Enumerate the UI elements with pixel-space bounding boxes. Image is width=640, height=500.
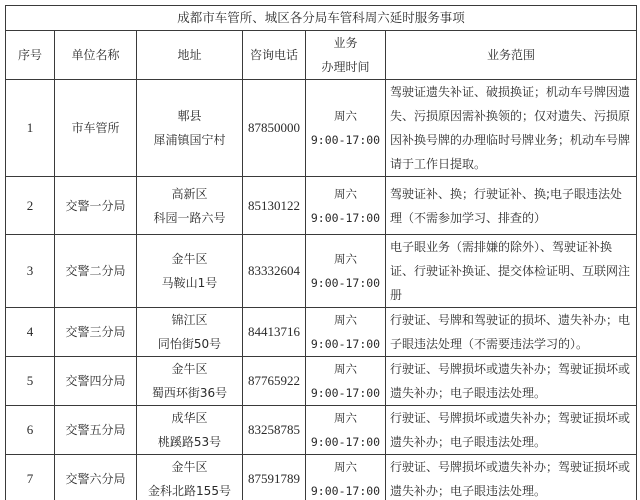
header-hours-line1: 业务 — [306, 31, 385, 55]
header-hours: 业务 办理时间 — [306, 31, 386, 80]
row-address: 金牛区马鞍山1号 — [137, 235, 243, 308]
header-index: 序号 — [6, 31, 55, 80]
row-phone: 85130122 — [243, 177, 306, 235]
row-scope: 行驶证、号牌损坏或遗失补办；驾驶证损坏或遗失补办；电子眼违法处理。 — [386, 357, 637, 406]
hours-day: 周六 — [306, 455, 385, 479]
hours-time: 9:00-17:00 — [306, 430, 385, 454]
row-hours: 周六9:00-17:00 — [306, 406, 386, 455]
hours-day: 周六 — [306, 308, 385, 332]
table-title: 成都市车管所、城区各分局车管科周六延时服务事项 — [6, 6, 637, 31]
row-scope: 驾驶证遗失补证、破损换证；机动车号牌因遗失、污损原因需补换领的；仅对遗失、污损原… — [386, 80, 637, 177]
row-address: 锦江区同怡街50号 — [137, 308, 243, 357]
address-line1: 成华区 — [137, 406, 242, 430]
row-unit: 交警六分局 — [55, 455, 137, 500]
row-scope: 电子眼业务（需排嫌的除外）、驾驶证补换证、行驶证补换证、提交体检证明、互联网注册 — [386, 235, 637, 308]
hours-day: 周六 — [306, 247, 385, 271]
address-line2: 犀浦镇国宁村 — [137, 128, 242, 152]
row-index: 4 — [6, 308, 55, 357]
title-row: 成都市车管所、城区各分局车管科周六延时服务事项 — [6, 6, 637, 31]
header-hours-line2: 办理时间 — [306, 55, 385, 79]
table-row: 7 交警六分局 金牛区金科北路155号 87591789 周六9:00-17:0… — [6, 455, 637, 500]
row-scope: 行驶证、号牌损坏或遗失补办；驾驶证损坏或遗失补办；电子眼违法处理。 — [386, 455, 637, 500]
hours-time: 9:00-17:00 — [306, 128, 385, 152]
service-table: 成都市车管所、城区各分局车管科周六延时服务事项 序号 单位名称 地址 咨询电话 … — [5, 5, 637, 500]
row-unit: 交警一分局 — [55, 177, 137, 235]
header-address: 地址 — [137, 31, 243, 80]
row-unit: 交警四分局 — [55, 357, 137, 406]
row-hours: 周六9:00-17:00 — [306, 235, 386, 308]
row-scope: 行驶证、号牌损坏或遗失补办；驾驶证损坏或遗失补办；电子眼违法处理。 — [386, 406, 637, 455]
row-hours: 周六9:00-17:00 — [306, 308, 386, 357]
address-line2: 科园一路六号 — [137, 206, 242, 230]
row-hours: 周六9:00-17:00 — [306, 455, 386, 500]
address-line1: 金牛区 — [137, 455, 242, 479]
row-address: 高新区科园一路六号 — [137, 177, 243, 235]
row-index: 2 — [6, 177, 55, 235]
hours-time: 9:00-17:00 — [306, 332, 385, 356]
address-line2: 马鞍山1号 — [137, 271, 242, 295]
row-scope: 行驶证、号牌和驾驶证的损坏、遗失补办；电子眼违法处理（不需要违法学习的）。 — [386, 308, 637, 357]
row-index: 5 — [6, 357, 55, 406]
row-unit: 交警五分局 — [55, 406, 137, 455]
hours-time: 9:00-17:00 — [306, 479, 385, 500]
table-row: 3 交警二分局 金牛区马鞍山1号 83332604 周六9:00-17:00 电… — [6, 235, 637, 308]
header-row: 序号 单位名称 地址 咨询电话 业务 办理时间 业务范围 — [6, 31, 637, 80]
hours-time: 9:00-17:00 — [306, 271, 385, 295]
row-phone: 87765922 — [243, 357, 306, 406]
row-address: 金牛区蜀西环街36号 — [137, 357, 243, 406]
row-index: 1 — [6, 80, 55, 177]
row-index: 6 — [6, 406, 55, 455]
address-line1: 金牛区 — [137, 357, 242, 381]
row-index: 7 — [6, 455, 55, 500]
table-row: 5 交警四分局 金牛区蜀西环街36号 87765922 周六9:00-17:00… — [6, 357, 637, 406]
address-line2: 同怡街50号 — [137, 332, 242, 356]
hours-day: 周六 — [306, 104, 385, 128]
address-line2: 金科北路155号 — [137, 479, 242, 500]
header-unit: 单位名称 — [55, 31, 137, 80]
row-index: 3 — [6, 235, 55, 308]
address-line2: 桃蹊路53号 — [137, 430, 242, 454]
address-line1: 锦江区 — [137, 308, 242, 332]
hours-day: 周六 — [306, 357, 385, 381]
row-hours: 周六9:00-17:00 — [306, 80, 386, 177]
row-unit: 交警二分局 — [55, 235, 137, 308]
table-row: 1 市车管所 郫县犀浦镇国宁村 87850000 周六9:00-17:00 驾驶… — [6, 80, 637, 177]
row-phone: 83258785 — [243, 406, 306, 455]
row-phone: 84413716 — [243, 308, 306, 357]
address-line1: 高新区 — [137, 182, 242, 206]
row-address: 郫县犀浦镇国宁村 — [137, 80, 243, 177]
row-hours: 周六9:00-17:00 — [306, 357, 386, 406]
row-scope: 驾驶证补、换；行驶证补、换;电子眼违法处理（不需参加学习、排查的） — [386, 177, 637, 235]
hours-day: 周六 — [306, 182, 385, 206]
row-address: 金牛区金科北路155号 — [137, 455, 243, 500]
row-phone: 87591789 — [243, 455, 306, 500]
row-unit: 市车管所 — [55, 80, 137, 177]
table-row: 6 交警五分局 成华区桃蹊路53号 83258785 周六9:00-17:00 … — [6, 406, 637, 455]
row-unit: 交警三分局 — [55, 308, 137, 357]
header-scope: 业务范围 — [386, 31, 637, 80]
row-hours: 周六9:00-17:00 — [306, 177, 386, 235]
hours-time: 9:00-17:00 — [306, 381, 385, 405]
header-phone: 咨询电话 — [243, 31, 306, 80]
row-phone: 83332604 — [243, 235, 306, 308]
table-row: 2 交警一分局 高新区科园一路六号 85130122 周六9:00-17:00 … — [6, 177, 637, 235]
address-line2: 蜀西环街36号 — [137, 381, 242, 405]
address-line1: 金牛区 — [137, 247, 242, 271]
row-phone: 87850000 — [243, 80, 306, 177]
row-address: 成华区桃蹊路53号 — [137, 406, 243, 455]
hours-day: 周六 — [306, 406, 385, 430]
address-line1: 郫县 — [137, 104, 242, 128]
table-row: 4 交警三分局 锦江区同怡街50号 84413716 周六9:00-17:00 … — [6, 308, 637, 357]
hours-time: 9:00-17:00 — [306, 206, 385, 230]
